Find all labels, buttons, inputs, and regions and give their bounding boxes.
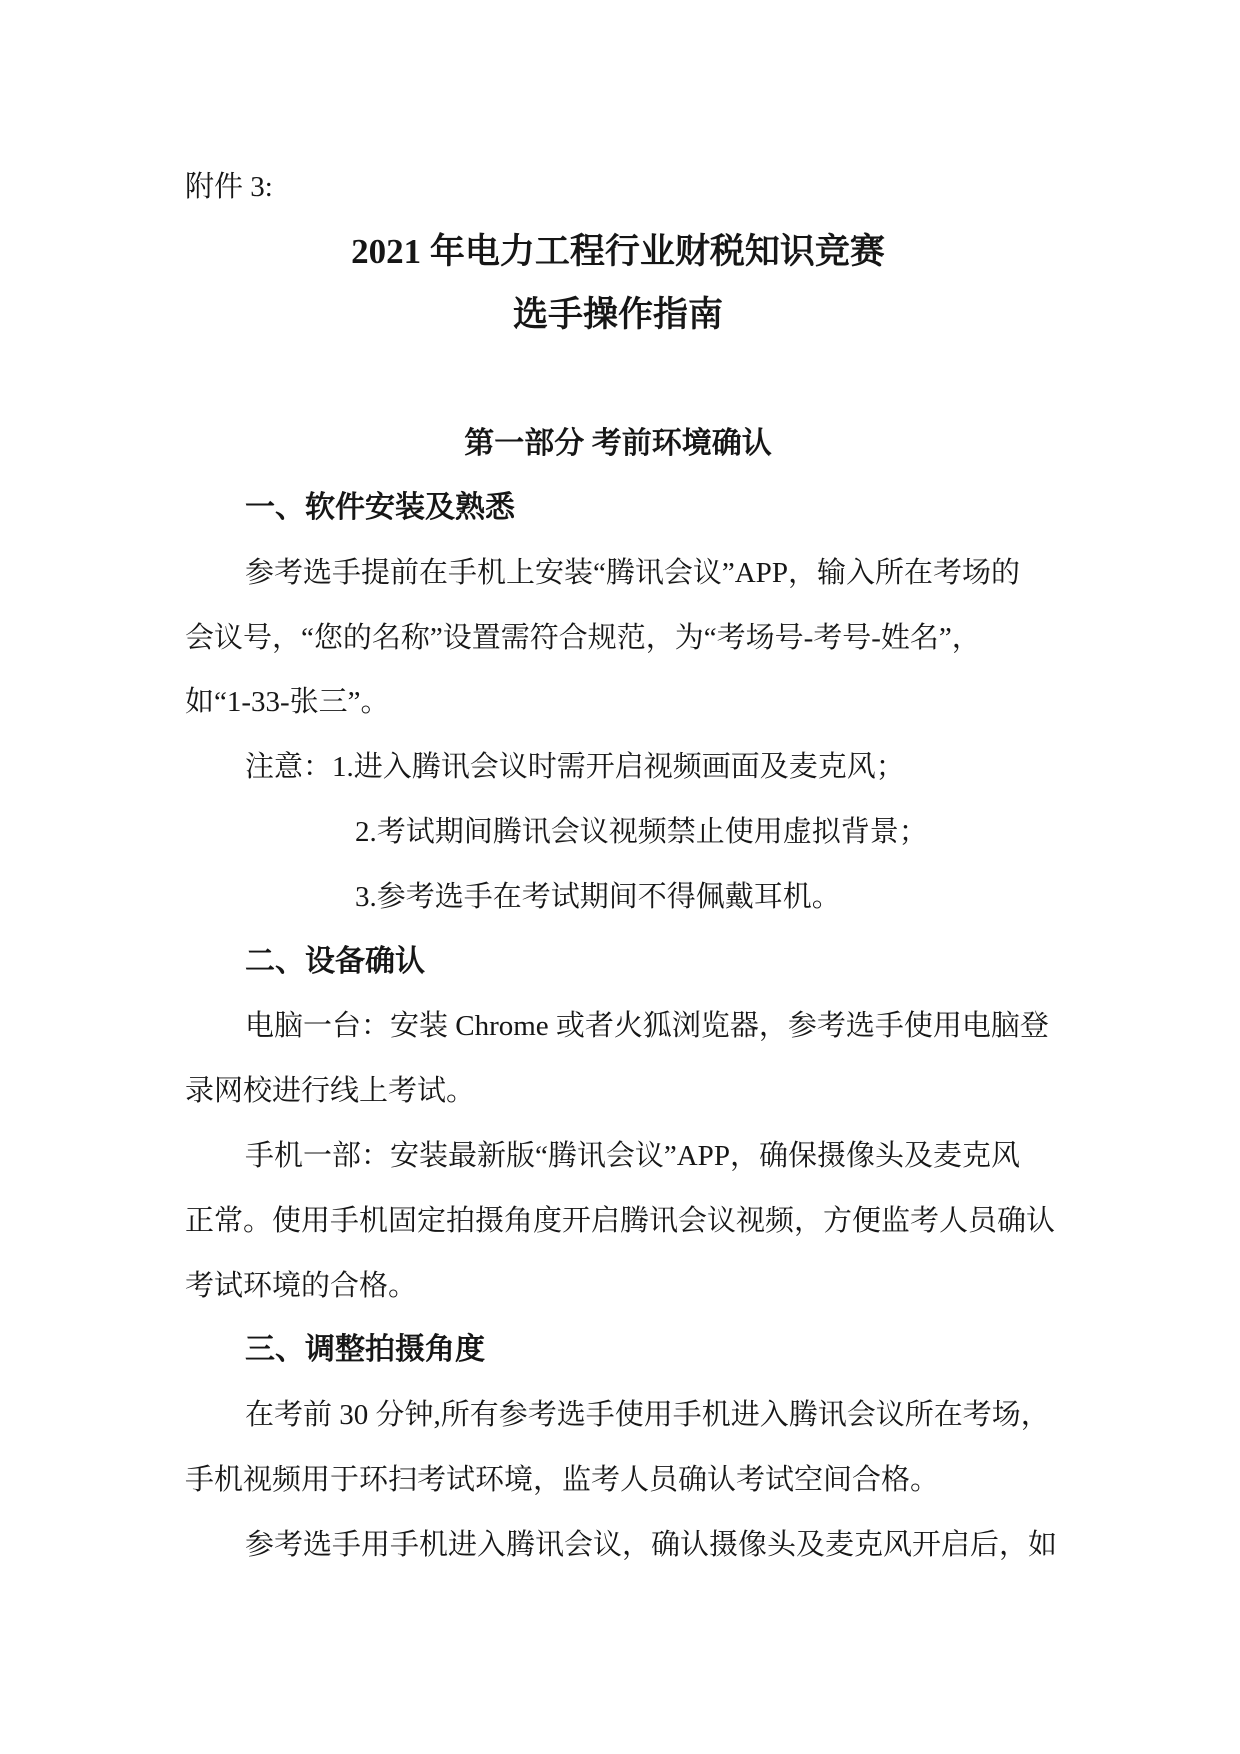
- section-2-paragraph-line: 正常。使用手机固定拍摄角度开启腾讯会议视频，方便监考人员确认: [185, 1189, 1051, 1254]
- section-1-note-line: 3.参考选手在考试期间不得佩戴耳机。: [185, 865, 1051, 930]
- title-gap: [185, 343, 1051, 411]
- document-body: 附件 3: 2021 年电力工程行业财税知识竞赛 选手操作指南 第一部分 考前环…: [185, 157, 1051, 1578]
- section-1-paragraph-line: 如“1-33-张三”。: [185, 670, 1051, 735]
- document-subtitle: 选手操作指南: [185, 287, 1051, 343]
- section-2-paragraph-line: 考试环境的合格。: [185, 1254, 1051, 1319]
- section-1-note-line: 注意：1.进入腾讯会议时需开启视频画面及麦克风；: [185, 735, 1051, 800]
- section-2-paragraph-line: 电脑一台：安装 Chrome 或者火狐浏览器，参考选手使用电脑登: [185, 994, 1051, 1059]
- section-1-paragraph-line: 参考选手提前在手机上安装“腾讯会议”APP，输入所在考场的: [185, 541, 1051, 606]
- section-1-heading: 一、软件安装及熟悉: [185, 476, 1051, 541]
- part-heading: 第一部分 考前环境确认: [185, 411, 1051, 476]
- section-1-note-line: 2.考试期间腾讯会议视频禁止使用虚拟背景；: [185, 800, 1051, 865]
- document-title: 2021 年电力工程行业财税知识竞赛: [185, 217, 1051, 287]
- attachment-label: 附件 3:: [185, 157, 1051, 217]
- section-2-paragraph-line: 手机一部：安装最新版“腾讯会议”APP，确保摄像头及麦克风: [185, 1124, 1051, 1189]
- section-2-heading: 二、设备确认: [185, 930, 1051, 995]
- section-3-paragraph-line: 在考前 30 分钟,所有参考选手使用手机进入腾讯会议所在考场，: [185, 1383, 1051, 1448]
- section-3-paragraph-line: 手机视频用于环扫考试环境，监考人员确认考试空间合格。: [185, 1448, 1051, 1513]
- section-3-heading: 三、调整拍摄角度: [185, 1318, 1051, 1383]
- section-1-paragraph-line: 会议号，“您的名称”设置需符合规范，为“考场号-考号-姓名”，: [185, 606, 1051, 671]
- document-page: 附件 3: 2021 年电力工程行业财税知识竞赛 选手操作指南 第一部分 考前环…: [0, 0, 1240, 1754]
- section-2-paragraph-line: 录网校进行线上考试。: [185, 1059, 1051, 1124]
- section-3-paragraph-line: 参考选手用手机进入腾讯会议，确认摄像头及麦克风开启后，如: [185, 1513, 1051, 1578]
